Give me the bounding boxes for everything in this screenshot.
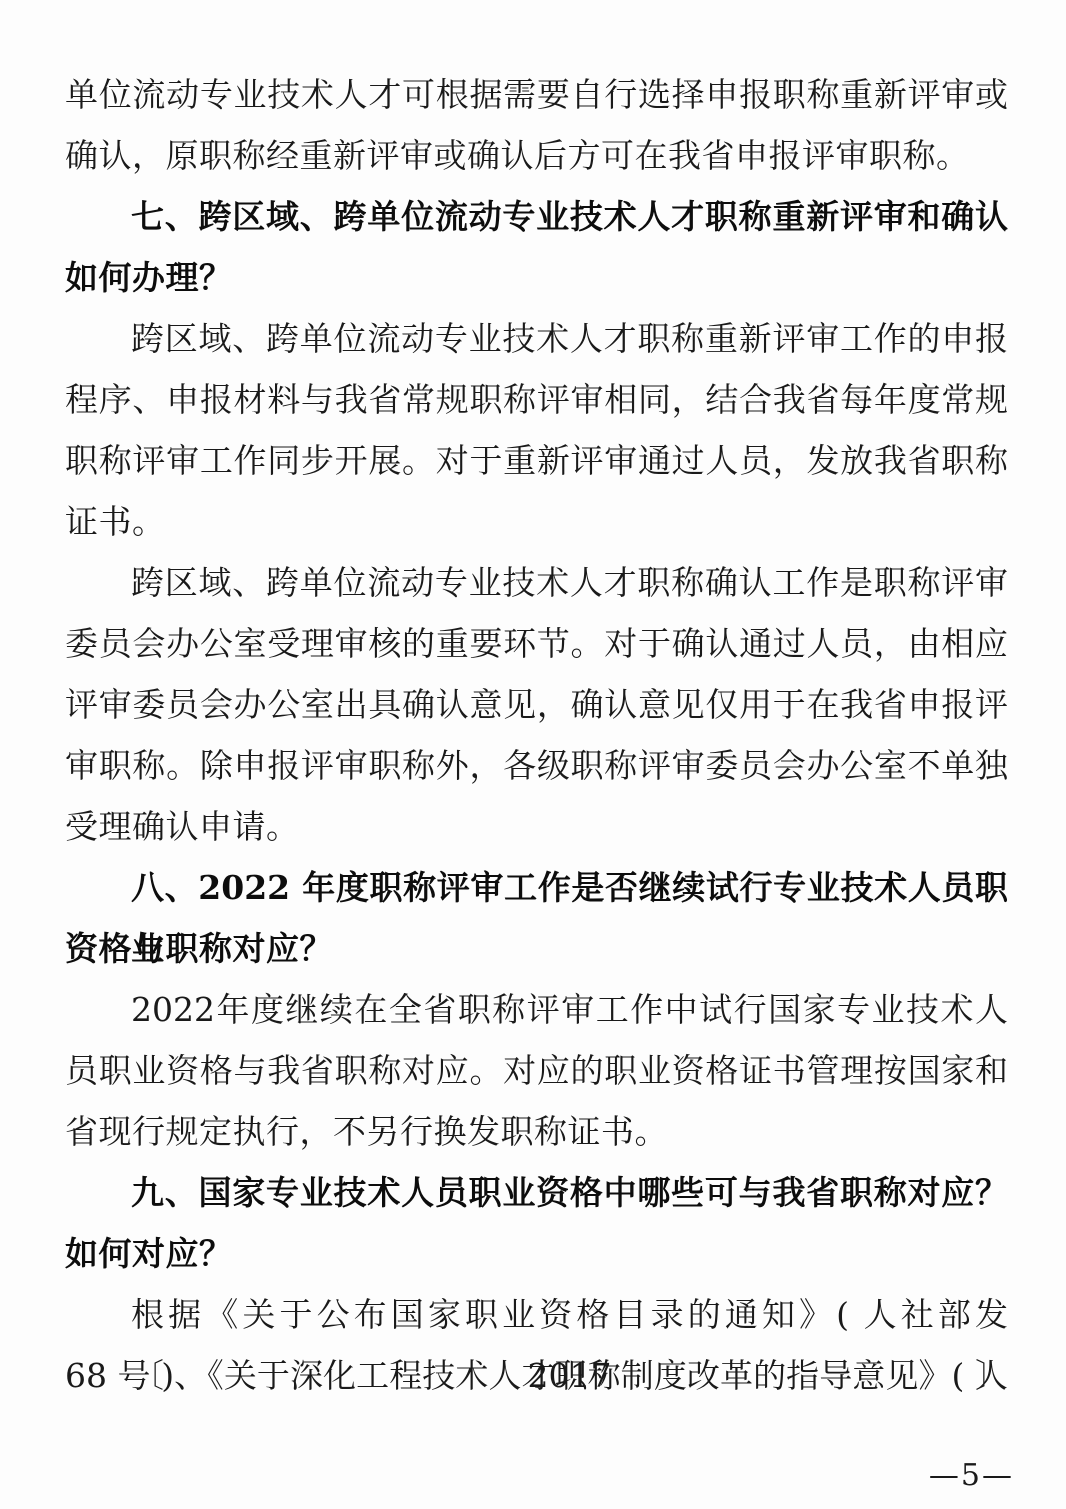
text-line: 程序、申报材料与我省常规职称评审相同，结合我省每年度常规 [65, 369, 1008, 430]
text-line: 根据《关于公布国家职业资格目录的通知》( 人社部发〔2017〕 [65, 1284, 1008, 1345]
page-number: —5— [929, 1458, 1014, 1493]
heading-line: 资格与职称对应？ [65, 918, 1008, 979]
text-line: 确认，原职称经重新评审或确认后方可在我省申报评审职称。 [65, 125, 1008, 186]
heading-line: 八、2022 年度职称评审工作是否继续试行专业技术人员职业 [65, 857, 1008, 918]
document-page: 单位流动专业技术人才可根据需要自行选择申报职称重新评审或确认，原职称经重新评审或… [0, 0, 1066, 1509]
text-line: 省现行规定执行，不另行换发职称证书。 [65, 1101, 1008, 1162]
text-line: 评审委员会办公室出具确认意见，确认意见仅用于在我省申报评 [65, 674, 1008, 735]
heading-line: 如何办理？ [65, 247, 1008, 308]
text-line: 2022年度继续在全省职称评审工作中试行国家专业技术人 [65, 979, 1008, 1040]
document-body: 单位流动专业技术人才可根据需要自行选择申报职称重新评审或确认，原职称经重新评审或… [65, 64, 1008, 1406]
text-line: 委员会办公室受理审核的重要环节。对于确认通过人员，由相应 [65, 613, 1008, 674]
text-line: 职称评审工作同步开展。对于重新评审通过人员，发放我省职称 [65, 430, 1008, 491]
text-line: 68 号 )、《关于深化工程技术人才职称制度改革的指导意见》( 人 [65, 1345, 1008, 1406]
heading-line: 九、国家专业技术人员职业资格中哪些可与我省职称对应？ [65, 1162, 1008, 1223]
heading-line: 如何对应？ [65, 1223, 1008, 1284]
text-line: 跨区域、跨单位流动专业技术人才职称重新评审工作的申报 [65, 308, 1008, 369]
heading-line: 七、跨区域、跨单位流动专业技术人才职称重新评审和确认 [65, 186, 1008, 247]
text-line: 员职业资格与我省职称对应。对应的职业资格证书管理按国家和 [65, 1040, 1008, 1101]
text-line: 证书。 [65, 491, 1008, 552]
text-line: 单位流动专业技术人才可根据需要自行选择申报职称重新评审或 [65, 64, 1008, 125]
text-line: 审职称。除申报评审职称外，各级职称评审委员会办公室不单独 [65, 735, 1008, 796]
text-line: 跨区域、跨单位流动专业技术人才职称确认工作是职称评审 [65, 552, 1008, 613]
text-line: 受理确认申请。 [65, 796, 1008, 857]
